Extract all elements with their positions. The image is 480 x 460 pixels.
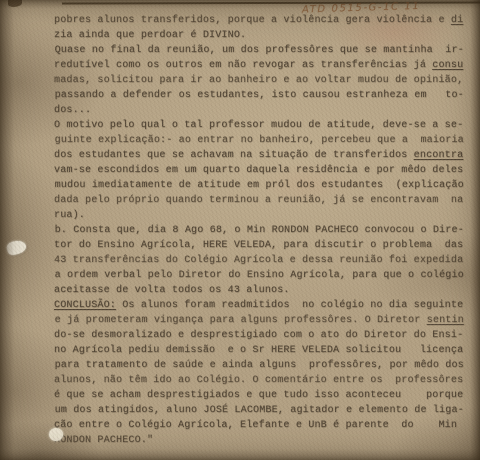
typewritten-line: mudou imediatamente de atitude em pról d…: [55, 178, 473, 193]
typewritten-line: um dos atingidos, aluno JOSÉ LACOMBE, ag…: [55, 403, 473, 418]
text-segment: Quase no final da reunião, um dos profes…: [55, 45, 464, 56]
text-segment: um dos atingidos, aluno JOSÉ LACOMBE, ag…: [55, 405, 464, 416]
text-segment: vam-se escondidos em um quarto daquela r…: [54, 165, 463, 176]
text-segment: a ordem verbal pelo Diretor do Ensino Ag…: [55, 270, 464, 281]
typewritten-line: para tratamento de saúde e ainda alguns …: [55, 358, 473, 373]
text-segment: madas, solicitou para ir ao banheiro e a…: [54, 75, 463, 86]
typewritten-line: passando a defender os estudantes, isto …: [55, 88, 473, 103]
typewritten-line: no Agrícola pediu demissão e o Sr HERE V…: [54, 343, 472, 358]
text-segment: guinte explicação:- ao entrar no banheir…: [55, 135, 464, 146]
text-segment: dos...: [54, 105, 91, 116]
typewritten-line: a ordem verbal pelo Diretor do Ensino Ag…: [55, 268, 473, 283]
typewritten-line: alunos, não têm ido ao Colégio. O coment…: [54, 373, 472, 388]
text-segment: pobres alunos transferidos, porque a vio…: [54, 15, 451, 26]
typewritten-line: madas, solicitou para ir ao banheiro e a…: [54, 73, 472, 88]
text-segment: do-se desmoralizado e desprestigiado com…: [54, 330, 463, 341]
paper-white-spot: [6, 239, 28, 256]
text-segment: dada pelo próprio quando terminou a reun…: [54, 195, 463, 206]
typewritten-line: pobres alunos transferidos, porque a vio…: [54, 13, 472, 28]
text-segment: é que se acham desprestigiados e que tud…: [54, 390, 463, 401]
typewritten-line: dada pelo próprio quando terminou a reun…: [54, 193, 472, 208]
corner-ink-mark: [8, 0, 22, 7]
text-segment: dos estudantes que se achavam na situaçã…: [54, 150, 414, 161]
typewritten-line: ção entre o Colégio Agrícola, Elefante e…: [54, 418, 472, 433]
text-segment: tor do Ensino Agrícola, HERE VELEDA, par…: [54, 240, 463, 251]
text-segment: RONDON PACHECO.": [54, 435, 153, 446]
underlined-text: CONCLUSÃO:: [54, 300, 116, 311]
underlined-text: encontra: [414, 150, 464, 161]
text-segment: ção entre o Colégio Agrícola, Elefante e…: [54, 420, 457, 431]
typewritten-line: do-se desmoralizado e desprestigiado com…: [54, 328, 472, 343]
scanned-document-page: ATD 0515-G-1C 11 pobres alunos transferi…: [0, 0, 480, 460]
text-segment: zia ainda que perdoar é DIVINO.: [54, 30, 246, 41]
underlined-text: sentin: [427, 315, 464, 326]
typewritten-line: dos estudantes que se achavam na situaçã…: [54, 148, 472, 163]
typewritten-line: é que se acham desprestigiados e que tud…: [54, 388, 472, 403]
typewritten-line: CONCLUSÃO: Os alunos foram readmitidos n…: [54, 298, 472, 313]
typewritten-line: RONDON PACHECO.": [54, 433, 472, 448]
typewritten-line: tor do Ensino Agrícola, HERE VELEDA, par…: [54, 238, 472, 253]
typewritten-line: 43 transferências do Colégio Agrícola e …: [54, 253, 472, 268]
text-segment: aceitasse de volta todos os 43 alunos.: [54, 285, 290, 296]
text-segment: redutível como os outros em não revogar …: [54, 60, 432, 71]
typewritten-line: Quase no final da reunião, um dos profes…: [55, 43, 473, 58]
typewritten-line: aceitasse de volta todos os 43 alunos.: [54, 283, 472, 298]
typewritten-line: O motivo pelo qual o tal professor mudou…: [54, 118, 472, 133]
typewritten-line: rua).: [54, 208, 472, 223]
text-segment: 43 transferências do Colégio Agrícola e …: [54, 255, 463, 266]
text-segment: passando a defender os estudantes, isto …: [55, 90, 464, 101]
text-segment: O motivo pelo qual o tal professor mudou…: [54, 120, 463, 131]
typewritten-line: guinte explicação:- ao entrar no banheir…: [55, 133, 473, 148]
text-segment: mudou imediatamente de atitude em pról d…: [55, 180, 464, 191]
typewritten-line: e já prometeram vingança para alguns pro…: [55, 313, 473, 328]
text-segment: Os alunos foram readmitidos no colégio n…: [116, 300, 463, 311]
text-segment: para tratamento de saúde e ainda alguns …: [55, 360, 464, 371]
underlined-text: consu: [432, 60, 463, 71]
text-segment: no Agrícola pediu demissão e o Sr HERE V…: [54, 345, 463, 356]
text-segment: rua).: [54, 210, 85, 221]
underlined-text: di: [451, 15, 463, 26]
text-segment: alunos, não têm ido ao Colégio. O coment…: [54, 375, 463, 386]
typewritten-line: zia ainda que perdoar é DIVINO.: [54, 28, 472, 43]
text-segment: b. Consta que, dia 8 Ago 68, o Min RONDO…: [55, 225, 464, 236]
typewritten-line: vam-se escondidos em um quarto daquela r…: [54, 163, 472, 178]
typewritten-line: dos...: [54, 103, 472, 118]
typewritten-line: b. Consta que, dia 8 Ago 68, o Min RONDO…: [55, 223, 473, 238]
typewritten-line: redutível como os outros em não revogar …: [54, 58, 472, 73]
text-segment: e já prometeram vingança para alguns pro…: [55, 315, 427, 326]
typewritten-text: pobres alunos transferidos, porque a vio…: [54, 13, 472, 448]
